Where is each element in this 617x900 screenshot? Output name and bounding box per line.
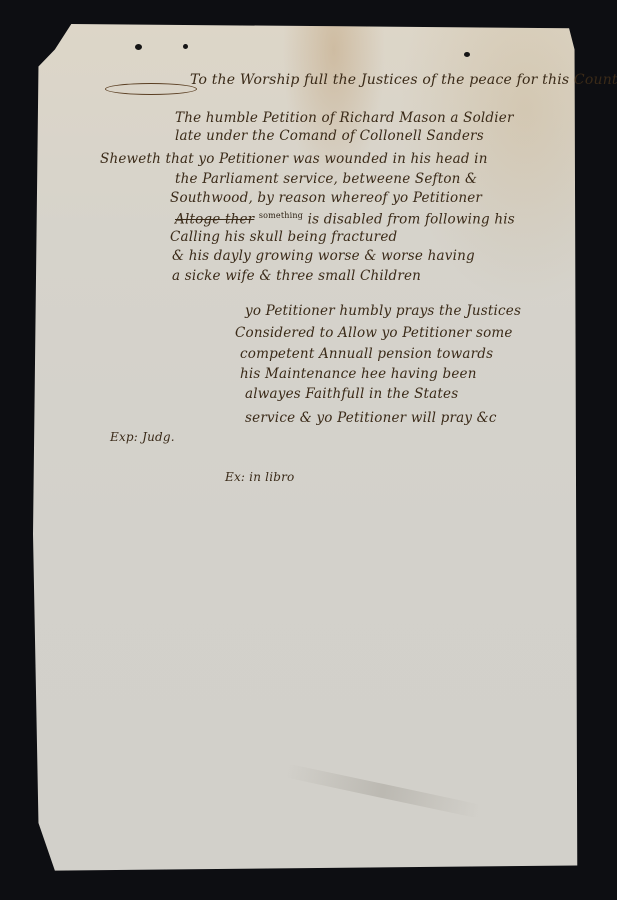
prayer-line-6: service & yo Petitioner will pray &c [245, 410, 497, 426]
petition-title-line-2: late under the Comand of Collonell Sande… [175, 128, 484, 144]
body-line-4-wrap: Altoge ther something is disabled from f… [175, 211, 515, 228]
body-line-5: Calling his skull being fractured [170, 229, 397, 245]
prayer-line-4: his Maintenance hee having been [240, 366, 477, 382]
inserted-word: something [259, 211, 303, 220]
prayer-line-3: competent Annuall pension towards [240, 346, 493, 362]
body-line-4: is disabled from following his [308, 212, 515, 228]
annotation-center: Ex: in libro [225, 470, 294, 484]
body-line-2: the Parliament service, betweene Sefton … [175, 171, 477, 187]
address-line: To the Worship full the Justices of the … [190, 72, 617, 88]
petition-title-line-1: The humble Petition of Richard Mason a S… [175, 110, 514, 126]
body-line-7: a sicke wife & three small Children [172, 268, 421, 284]
body-line-6: & his dayly growing worse & worse having [172, 248, 475, 264]
punch-hole [183, 44, 188, 49]
prayer-line-2: Considered to Allow yo Petitioner some [235, 325, 513, 341]
body-line-1: Sheweth that yo Petitioner was wounded i… [100, 151, 488, 167]
annotation-left: Exp: Judg. [110, 430, 175, 444]
body-line-3: Southwood, by reason whereof yo Petition… [170, 190, 482, 206]
prayer-line-5: alwayes Faithfull in the States [245, 386, 458, 402]
prayer-line-1: yo Petitioner humbly prays the Justices [245, 303, 521, 319]
punch-hole [464, 52, 470, 57]
paper-fold-crease [284, 763, 483, 818]
punch-hole [135, 44, 142, 50]
struck-word: Altoge ther [175, 212, 254, 228]
opening-flourish [105, 83, 197, 95]
